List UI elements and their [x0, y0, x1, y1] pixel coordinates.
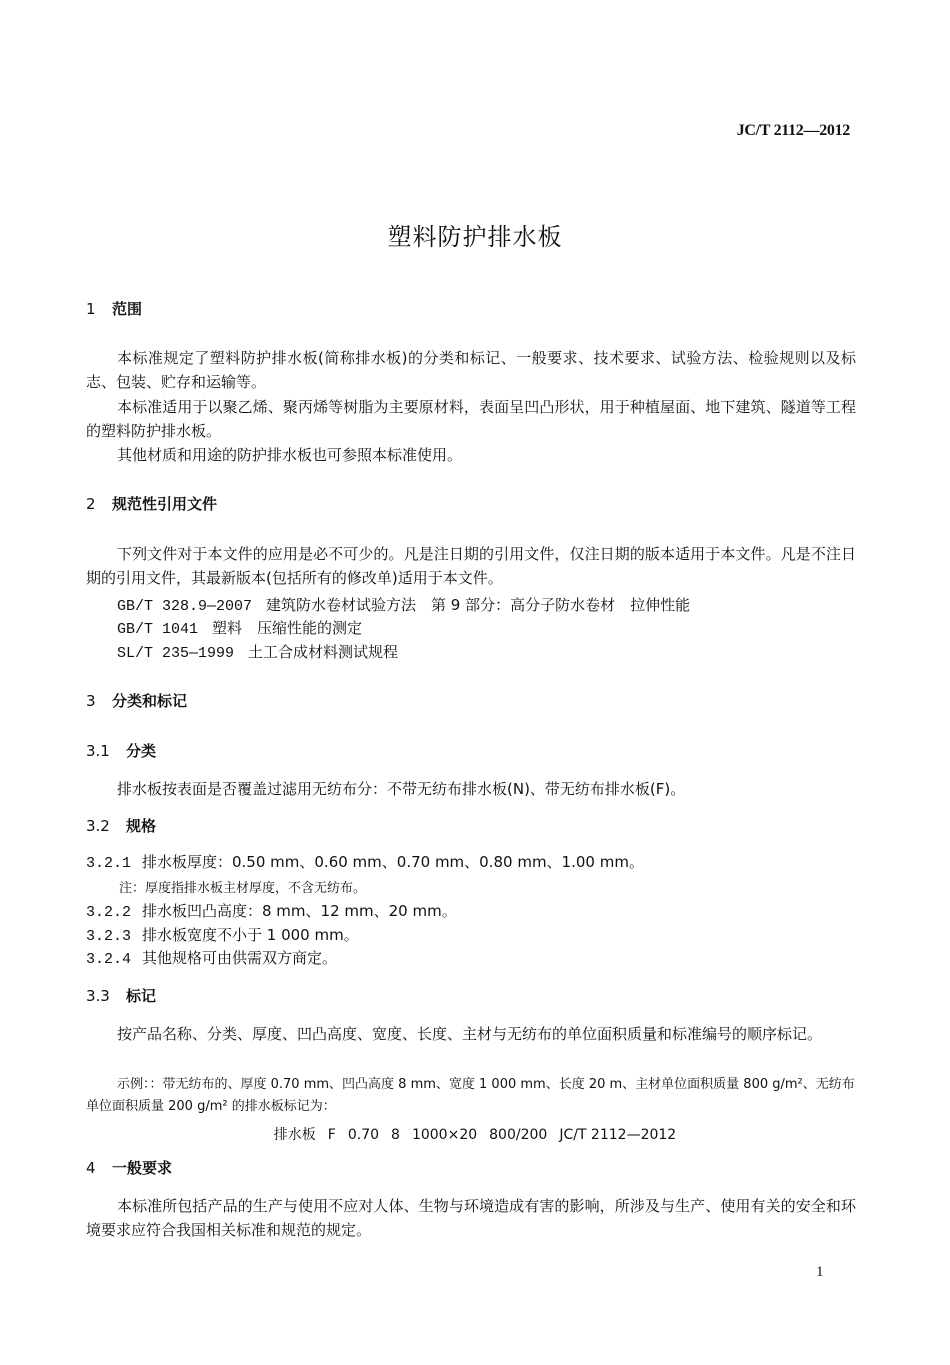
section-number: 1 [86, 300, 112, 318]
designation-example: 示例：：带无纺布的、厚度 0.70 mm、凹凸高度 8 mm、宽度 1 000 … [86, 1074, 856, 1118]
standard-number: JC/T 2112—2012 [737, 122, 850, 140]
scope-paragraph-1: 本标准规定了塑料防护排水板(简称排水板)的分类和标记、一般要求、技术要求、试验方… [86, 346, 856, 394]
reference-code: SL/T 235—1999 [117, 645, 234, 662]
clause-text: 排水板厚度：0.50 mm、0.60 mm、0.70 mm、0.80 mm、1.… [142, 853, 644, 871]
section-title: 一般要求 [112, 1159, 172, 1177]
clause-number: 3.2.4 [86, 951, 142, 968]
reference-code: GB/T 328.9—2007 [117, 598, 252, 615]
section-title: 标记 [126, 987, 156, 1005]
general-requirements-text: 本标准所包括产品的生产与使用不应对人体、生物与环境造成有害的影响，所涉及与生产、… [86, 1194, 856, 1242]
designation-part: 0.70 [348, 1127, 379, 1143]
scope-paragraph-3: 其他材质和用途的防护排水板也可参照本标准使用。 [86, 443, 856, 467]
designation-code: 排水板F0.7081000×20800/200JC/T 2112—2012 [0, 1124, 950, 1144]
section-number: 3 [86, 692, 112, 710]
references-intro: 下列文件对于本文件的应用是必不可少的。凡是注日期的引用文件，仅注日期的版本适用于… [86, 542, 856, 590]
section-3-heading: 3分类和标记 [86, 690, 187, 711]
designation-part: 8 [391, 1127, 400, 1143]
reference-item: SL/T 235—1999土工合成材料测试规程 [117, 641, 398, 662]
clause-3-2-4: 3.2.4其他规格可由供需双方商定。 [86, 947, 337, 968]
reference-code: GB/T 1041 [117, 621, 198, 638]
reference-title: 塑料 压缩性能的测定 [212, 619, 362, 637]
reference-item: GB/T 328.9—2007建筑防水卷材试验方法 第 9 部分：高分子防水卷材… [117, 594, 690, 615]
section-title: 规范性引用文件 [112, 495, 217, 513]
section-2-heading: 2规范性引用文件 [86, 493, 217, 514]
clause-number: 3.2.2 [86, 904, 142, 921]
clause-3-2-3: 3.2.3排水板宽度不小于 1 000 mm。 [86, 924, 359, 945]
section-title: 分类和标记 [112, 692, 187, 710]
thickness-note: 注：厚度指排水板主材厚度，不含无纺布。 [119, 877, 366, 896]
section-3-1-heading: 3.1分类 [86, 740, 156, 761]
section-3-2-heading: 3.2规格 [86, 815, 156, 836]
designation-part: F [328, 1127, 336, 1143]
reference-item: GB/T 1041塑料 压缩性能的测定 [117, 617, 362, 638]
document-title: 塑料防护排水板 [0, 217, 950, 252]
clause-3-2-2: 3.2.2排水板凹凸高度：8 mm、12 mm、20 mm。 [86, 900, 457, 921]
clause-text: 排水板宽度不小于 1 000 mm。 [142, 926, 359, 944]
reference-title: 建筑防水卷材试验方法 第 9 部分：高分子防水卷材 拉伸性能 [266, 596, 690, 614]
classification-text: 排水板按表面是否覆盖过滤用无纺布分：不带无纺布排水板(N)、带无纺布排水板(F)… [86, 777, 856, 801]
section-4-heading: 4一般要求 [86, 1157, 172, 1178]
clause-number: 3.2.3 [86, 928, 142, 945]
section-title: 分类 [126, 742, 156, 760]
section-1-heading: 1范围 [86, 298, 142, 319]
designation-part: 排水板 [274, 1127, 316, 1143]
section-number: 2 [86, 495, 112, 513]
scope-paragraph-2: 本标准适用于以聚乙烯、聚丙烯等树脂为主要原材料，表面呈凹凸形状，用于种植屋面、地… [86, 395, 856, 443]
designation-part: 800/200 [489, 1127, 547, 1143]
designation-part: JC/T 2112—2012 [559, 1127, 676, 1143]
section-number: 3.2 [86, 817, 126, 835]
section-number: 4 [86, 1159, 112, 1177]
section-title: 规格 [126, 817, 156, 835]
page-number: 1 [816, 1264, 824, 1281]
clause-text: 排水板凹凸高度：8 mm、12 mm、20 mm。 [142, 902, 457, 920]
reference-title: 土工合成材料测试规程 [248, 643, 398, 661]
section-3-3-heading: 3.3标记 [86, 985, 156, 1006]
section-number: 3.1 [86, 742, 126, 760]
clause-number: 3.2.1 [86, 855, 142, 872]
designation-rule-text: 按产品名称、分类、厚度、凹凸高度、宽度、长度、主材与无纺布的单位面积质量和标准编… [86, 1022, 856, 1046]
clause-text: 其他规格可由供需双方商定。 [142, 949, 337, 967]
clause-3-2-1: 3.2.1排水板厚度：0.50 mm、0.60 mm、0.70 mm、0.80 … [86, 851, 644, 872]
designation-part: 1000×20 [412, 1127, 477, 1143]
section-title: 范围 [112, 300, 142, 318]
section-number: 3.3 [86, 987, 126, 1005]
